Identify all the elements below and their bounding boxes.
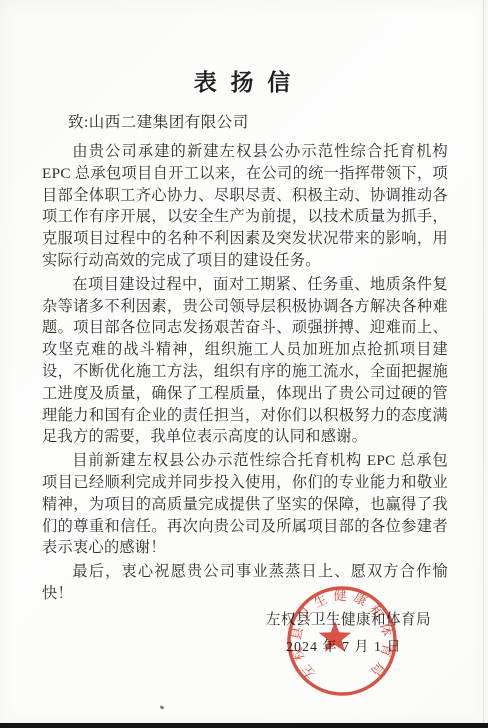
red-star-icon — [319, 621, 351, 652]
letter-title: 表 扬 信 — [0, 0, 488, 96]
letter-salutation: 致:山西二建集团有限公司 — [0, 113, 488, 132]
letter-paragraph: 由贵公司承建的新建左权县公办示范性综合托育机构 EPC 总承包项目自开工以来，在… — [42, 141, 448, 272]
scan-speck — [160, 705, 165, 710]
letter-paragraph: 目前新建左权县公办示范性综合托育机构 EPC 总承包项目已经顺利完成并同步投入使… — [42, 450, 448, 559]
scanned-letter-page: 表 扬 信 致:山西二建集团有限公司 由贵公司承建的新建左权县公办示范性综合托育… — [0, 0, 488, 728]
official-seal: 左权县卫生健康和体育局 — [277, 576, 407, 706]
letter-paragraph: 在项目建设过程中，面对工期紧、任务重、地质条件复杂等诸多不利因素，贵公司领导层积… — [42, 274, 448, 448]
letter-body: 由贵公司承建的新建左权县公办示范性综合托育机构 EPC 总承包项目自开工以来，在… — [42, 141, 448, 605]
scan-edge-line — [483, 0, 484, 728]
scan-bottom-bar — [0, 723, 488, 728]
